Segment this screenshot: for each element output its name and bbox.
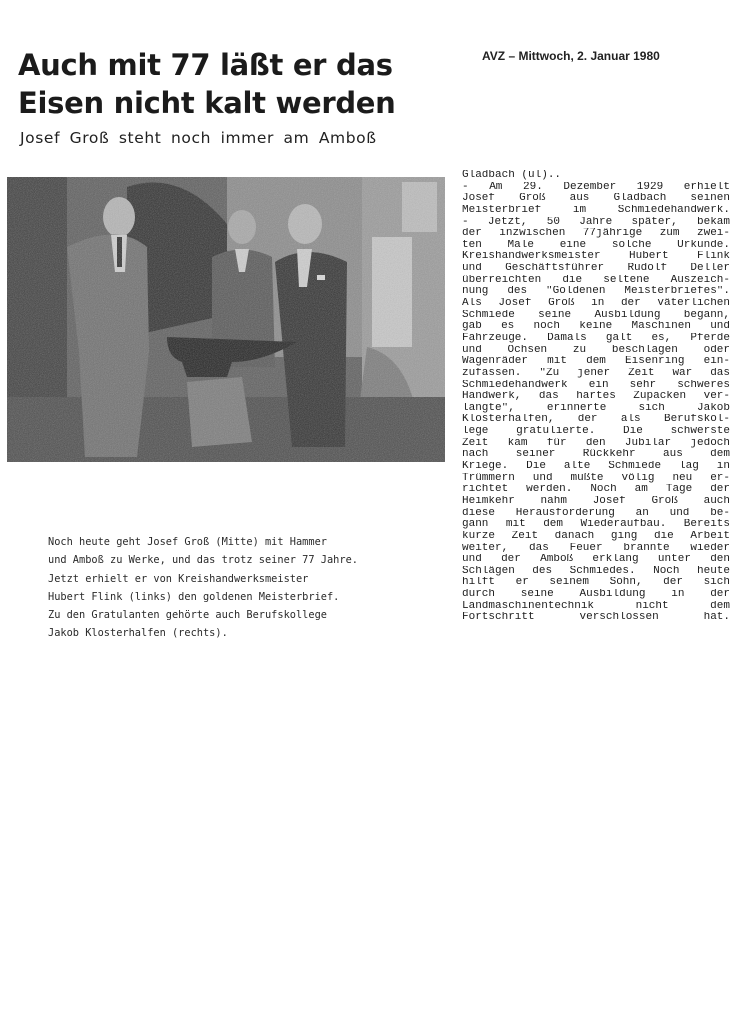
caption-line: Noch heute geht Josef Groß (Mitte) mit H… <box>48 533 408 551</box>
body-line: kurze Zeit danach ging die Arbeit <box>462 531 730 543</box>
body-line: zufassen. "Zu jener Zeit war das <box>462 368 730 380</box>
body-line: Meisterbrief im Schmiedehandwerk. <box>462 205 730 217</box>
body-line: Landmaschinentechnik nicht dem <box>462 601 730 613</box>
article-subheadline: Josef Groß steht noch immer am Amboß <box>20 129 377 147</box>
body-line: gab es noch keine Maschinen und <box>462 321 730 333</box>
body-line: der inzwischen 77jährige zum zwei- <box>462 228 730 240</box>
photo-illustration <box>7 177 445 462</box>
newspaper-dateline: AVZ – Mittwoch, 2. Januar 1980 <box>482 49 660 63</box>
body-line: Wagenräder mit dem Eisenring ein- <box>462 356 730 368</box>
body-line: Josef Groß aus Gladbach seinen <box>462 193 730 205</box>
body-line: diese Herausforderung an und be- <box>462 508 730 520</box>
caption-line: Hubert Flink (links) den goldenen Meiste… <box>48 588 408 606</box>
body-line: gann mit dem Wiederaufbau. Bereits <box>462 519 730 531</box>
caption-line: Jakob Klosterhalfen (rechts). <box>48 624 408 642</box>
body-line: Klosterhalfen, der als Berufskol- <box>462 414 730 426</box>
body-line: - Am 29. Dezember 1929 erhielt <box>462 182 730 194</box>
body-line: langte", erinnerte sich Jakob <box>462 403 730 415</box>
body-line: durch seine Ausbildung in der <box>462 589 730 601</box>
body-line: Schmiede seine Ausbildung begann, <box>462 310 730 322</box>
body-line: weiter, das Feuer brannte wieder <box>462 543 730 555</box>
body-line: Kreishandwerksmeister Hubert Flink <box>462 251 730 263</box>
body-line: Zeit kam für den Jubilar jedoch <box>462 438 730 450</box>
body-line: nach seiner Rückkehr aus dem <box>462 449 730 461</box>
body-line: und der Amboß erklang unter den <box>462 554 730 566</box>
body-line: hilft er seinem Sohn, der sich <box>462 577 730 589</box>
body-line: Schmiedehandwerk ein sehr schweres <box>462 380 730 392</box>
article-body: Gladbach (ul).. - Am 29. Dezember 1929 e… <box>462 170 730 624</box>
headline-line-2: Eisen nicht kalt werden <box>18 84 438 122</box>
body-line: Schlägen des Schmiedes. Noch heute <box>462 566 730 578</box>
caption-line: Jetzt erhielt er von Kreishandwerksmeist… <box>48 570 408 588</box>
headline-line-1: Auch mit 77 läßt er das <box>18 46 438 84</box>
body-line: Fahrzeuge. Damals galt es, Pferde <box>462 333 730 345</box>
body-line: Als Josef Groß in der väterlichen <box>462 298 730 310</box>
body-line: Kriege. Die alte Schmiede lag in <box>462 461 730 473</box>
body-line: und Geschäftsführer Rudolf Deller <box>462 263 730 275</box>
body-line: Heimkehr nahm Josef Groß auch <box>462 496 730 508</box>
caption-line: Zu den Gratulanten gehörte auch Berufsko… <box>48 606 408 624</box>
body-line: ten Male eine solche Urkunde. <box>462 240 730 252</box>
body-line: und Ochsen zu beschlagen oder <box>462 345 730 357</box>
article-photo <box>7 177 445 462</box>
body-line: Trümmern und mußte völig neu er- <box>462 473 730 485</box>
article-headline: Auch mit 77 läßt er das Eisen nicht kalt… <box>18 46 438 122</box>
body-line: überreichten die seltene Auszeich- <box>462 275 730 287</box>
body-line: nung des "Goldenen Meisterbriefes". <box>462 286 730 298</box>
photo-caption: Noch heute geht Josef Groß (Mitte) mit H… <box>48 533 408 643</box>
body-line: lege gratulierte. Die schwerste <box>462 426 730 438</box>
body-line: Handwerk, das hartes Zupacken ver- <box>462 391 730 403</box>
body-line: Fortschritt verschlossen hat. <box>462 612 730 624</box>
body-line: richtet werden. Noch am Tage der <box>462 484 730 496</box>
body-line: - Jetzt, 50 Jahre später, bekam <box>462 217 730 229</box>
caption-line: und Amboß zu Werke, und das trotz seiner… <box>48 551 408 569</box>
body-line: Gladbach (ul).. <box>462 170 730 182</box>
